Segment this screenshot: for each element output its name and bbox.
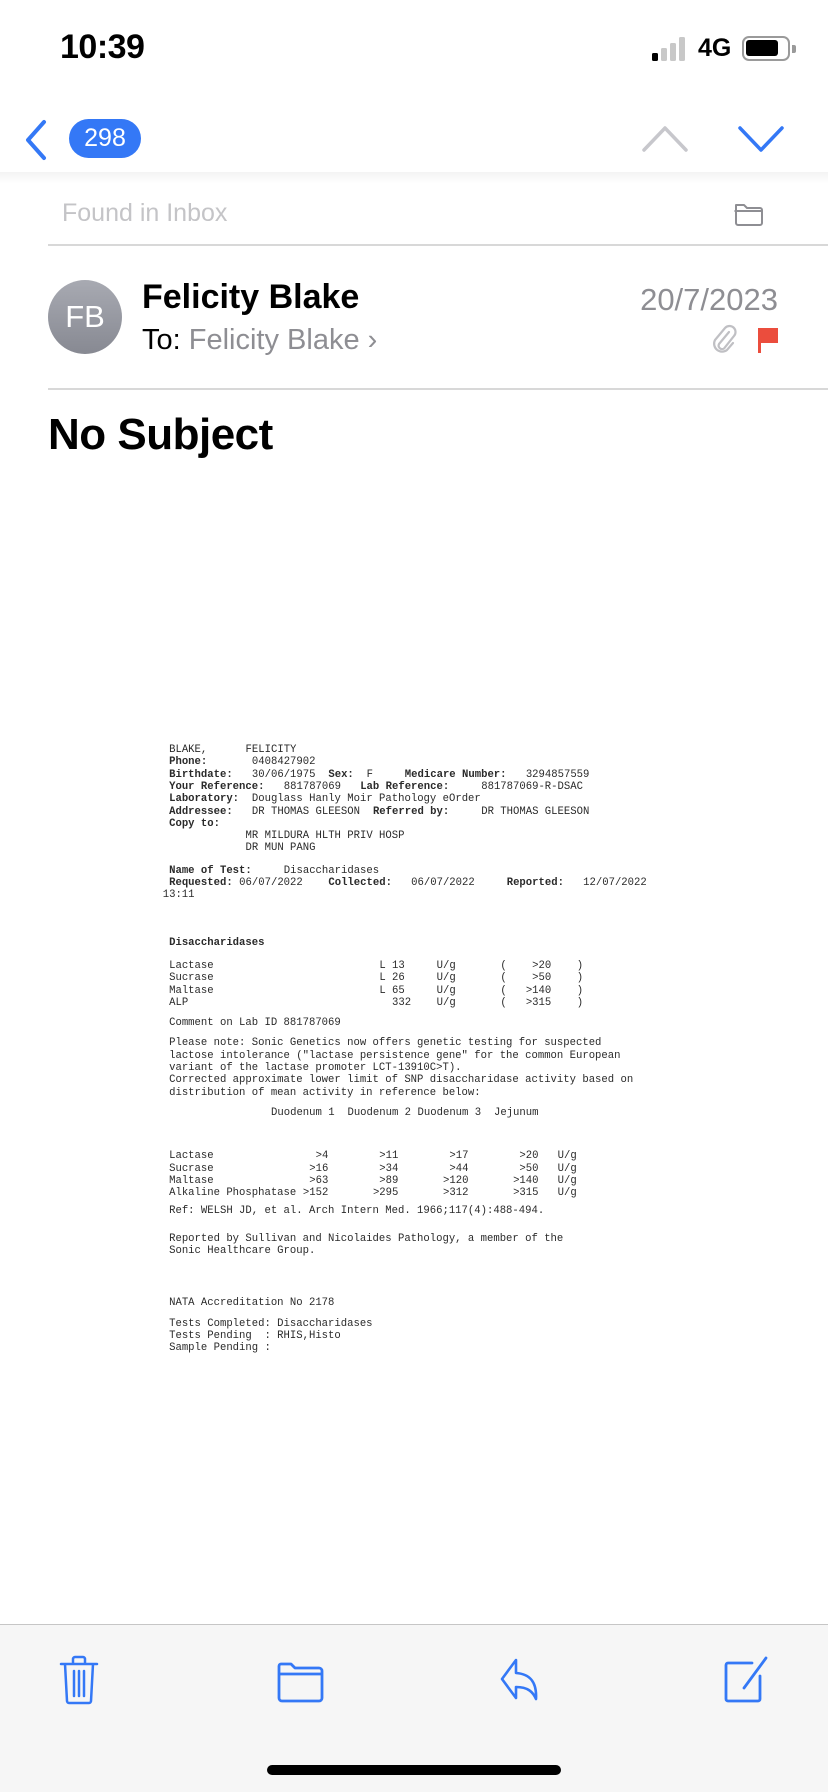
found-in-mailbox-label: Found in Inbox [62, 199, 227, 228]
report-text: >63 [303, 1175, 328, 1187]
report-text: Sex: [328, 769, 353, 781]
divider [48, 388, 828, 390]
nav-shadow [0, 172, 828, 184]
report-text: Please note: Sonic Genetics now offers g… [169, 1037, 601, 1049]
reply-icon [498, 1654, 550, 1706]
report-text: U/g [558, 1163, 577, 1175]
report-text: 06/07/2022 [239, 877, 303, 889]
chevron-right-icon: › [368, 324, 378, 356]
sender-name[interactable]: Felicity Blake [142, 278, 359, 317]
report-text: >16 [303, 1163, 328, 1175]
report-text: distribution of mean activity in referen… [169, 1087, 481, 1099]
report-text: Collected: [328, 877, 392, 889]
report-text: 30/06/1975 [252, 769, 316, 781]
report-text: L 65 [379, 985, 404, 997]
report-text: Ref: WELSH JD, et al. Arch Intern Med. 1… [169, 1205, 544, 1217]
report-text: 12/07/2022 [583, 877, 647, 889]
report-text: U/g [558, 1150, 577, 1162]
report-text: Disaccharidases [169, 937, 264, 949]
report-text: 881787069 [284, 781, 341, 793]
chevron-left-icon [22, 118, 52, 162]
report-text: variant of the lactase promoter LCT-1391… [169, 1062, 461, 1074]
report-text: Comment on Lab ID 881787069 [169, 1017, 341, 1029]
trash-button[interactable] [55, 1654, 103, 1706]
report-text: >89 [373, 1175, 398, 1187]
report-text: ) [577, 997, 583, 1009]
report-text: Requested: [169, 877, 233, 889]
report-text: BLAKE, [169, 744, 207, 756]
report-text: Alkaline Phosphatase [169, 1187, 296, 1199]
cellular-signal-icon [652, 37, 688, 61]
report-text: >44 [443, 1163, 468, 1175]
report-text: Referred by: [373, 806, 449, 818]
network-type: 4G [698, 34, 731, 63]
report-text: Corrected approximate lower limit of SNP… [169, 1074, 633, 1086]
avatar[interactable]: FB [48, 280, 122, 354]
attachment-icon [710, 324, 738, 356]
report-text: Lactase [169, 1150, 214, 1162]
report-text: U/g [437, 997, 456, 1009]
message-subject: No Subject [48, 410, 273, 460]
report-text: Maltase [169, 1175, 214, 1187]
battery-icon [742, 36, 790, 61]
report-text: Lab Reference: [360, 781, 449, 793]
report-text: NATA Accreditation No 2178 [169, 1297, 334, 1309]
report-text: >140 [526, 985, 551, 997]
report-text: >11 [373, 1150, 398, 1162]
report-text: >312 [443, 1187, 468, 1199]
report-text: Sonic Healthcare Group. [169, 1245, 315, 1257]
report-text: Copy to: [169, 818, 220, 830]
report-text: Sample Pending : [169, 1342, 271, 1354]
report-text: >34 [373, 1163, 398, 1175]
report-text: ) [577, 960, 583, 972]
report-text: >140 [513, 1175, 538, 1187]
previous-message-button[interactable] [640, 120, 690, 156]
report-text: 13:11 [163, 889, 195, 901]
unread-count-badge[interactable]: 298 [69, 119, 141, 158]
report-text: ( [500, 972, 506, 984]
report-text: >50 [513, 1163, 538, 1175]
recipient-line[interactable]: To: Felicity Blake › [142, 324, 377, 357]
report-text: U/g [437, 985, 456, 997]
chevron-down-icon [736, 120, 786, 156]
report-text: DR MUN PANG [246, 842, 316, 854]
report-text: FELICITY [246, 744, 297, 756]
report-text: >20 [526, 960, 551, 972]
folder-icon [275, 1654, 327, 1706]
report-text: 06/07/2022 [411, 877, 475, 889]
report-text: >20 [513, 1150, 538, 1162]
report-text: lactose intolerance ("lactase persistenc… [169, 1050, 620, 1062]
report-text: ( [500, 985, 506, 997]
report-text: Reported by Sullivan and Nicolaides Path… [169, 1233, 563, 1245]
reply-button[interactable] [498, 1654, 546, 1706]
report-text: Addressee: [169, 806, 233, 818]
report-text: Lactase [169, 960, 214, 972]
report-text: >4 [303, 1150, 328, 1162]
report-text: >50 [526, 972, 551, 984]
report-text: Tests Completed: Disaccharidases [169, 1318, 372, 1330]
report-text: ( [500, 997, 506, 1009]
to-label: To: [142, 324, 181, 356]
message-date: 20/7/2023 [640, 282, 778, 318]
report-text: U/g [558, 1175, 577, 1187]
report-text: F [367, 769, 373, 781]
report-text: Duodenum 2 [347, 1107, 411, 1119]
report-text: Phone: [169, 756, 207, 768]
home-indicator[interactable] [267, 1765, 561, 1775]
report-text: 332 [379, 997, 411, 1009]
report-text: Douglass Hanly Moir Pathology eOrder [252, 793, 481, 805]
report-text: >17 [443, 1150, 468, 1162]
trash-icon [55, 1654, 103, 1706]
back-button[interactable] [22, 118, 52, 162]
report-text: 3294857559 [526, 769, 590, 781]
report-text: U/g [558, 1187, 577, 1199]
report-text: Maltase [169, 985, 214, 997]
report-text: ) [577, 972, 583, 984]
report-text: U/g [437, 972, 456, 984]
report-text: 0408427902 [252, 756, 316, 768]
flag-icon[interactable] [756, 326, 780, 354]
report-text: Name of Test: [169, 865, 252, 877]
report-text: MR MILDURA HLTH PRIV HOSP [246, 830, 405, 842]
report-text: Duodenum 1 [271, 1107, 335, 1119]
report-text: L 26 [379, 972, 404, 984]
report-text: Reported: [507, 877, 564, 889]
compose-button[interactable] [722, 1654, 770, 1706]
report-text: Your Reference: [169, 781, 264, 793]
divider [48, 244, 828, 246]
next-message-button[interactable] [736, 120, 786, 156]
report-text: >315 [526, 997, 551, 1009]
report-text: DR THOMAS GLEESON [252, 806, 360, 818]
report-text: Disaccharidases [284, 865, 379, 877]
report-text: Laboratory: [169, 793, 239, 805]
report-text: Medicare Number: [405, 769, 507, 781]
report-text: Sucrase [169, 972, 214, 984]
report-text: ) [577, 985, 583, 997]
move-to-folder-button[interactable] [275, 1654, 323, 1706]
report-text: Tests Pending : RHIS,Histo [169, 1330, 341, 1342]
report-text: Sucrase [169, 1163, 214, 1175]
report-text: 881787069-R-DSAC [481, 781, 583, 793]
report-text: Birthdate: [169, 769, 233, 781]
report-text: L 13 [379, 960, 404, 972]
report-text: >120 [443, 1175, 468, 1187]
report-text: ( [500, 960, 506, 972]
compose-icon [722, 1654, 774, 1706]
report-text: ALP [169, 997, 188, 1009]
report-text: DR THOMAS GLEESON [481, 806, 589, 818]
report-text: Jejunum [494, 1107, 539, 1119]
report-text: Duodenum 3 [418, 1107, 482, 1119]
report-text: >295 [373, 1187, 398, 1199]
folder-icon[interactable] [733, 201, 763, 227]
report-text: U/g [437, 960, 456, 972]
chevron-up-icon [640, 120, 690, 156]
recipient-name[interactable]: Felicity Blake [189, 324, 360, 356]
status-time: 10:39 [60, 28, 144, 67]
report-text: >315 [513, 1187, 538, 1199]
report-text: >152 [303, 1187, 328, 1199]
